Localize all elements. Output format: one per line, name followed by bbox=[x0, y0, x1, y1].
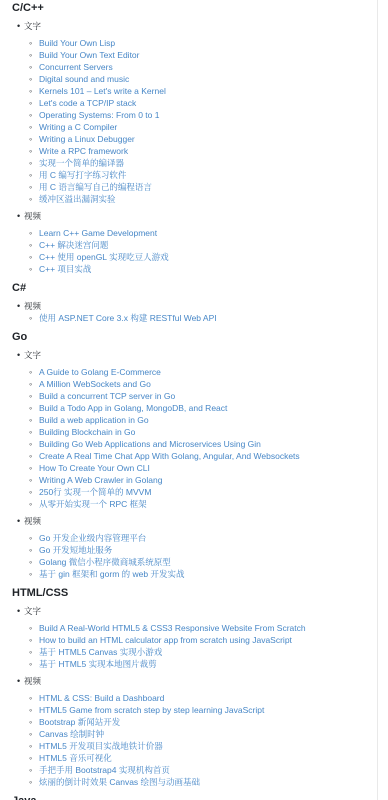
tutorial-link[interactable]: HTML & CSS: Build a Dashboard bbox=[39, 693, 164, 703]
list-item: 实现一个简单的编译器 bbox=[12, 157, 363, 169]
section-go: Go文字A Guide to Golang E-CommerceA Millio… bbox=[12, 331, 363, 580]
tutorial-link[interactable]: HTML5 开发项目实战地铁计价器 bbox=[39, 741, 163, 751]
tutorial-link[interactable]: Go 开发短地址服务 bbox=[39, 545, 112, 555]
tutorial-link[interactable]: A Million WebSockets and Go bbox=[39, 379, 151, 389]
tutorial-link[interactable]: Building Go Web Applications and Microse… bbox=[39, 439, 261, 449]
list-group: 视频Go 开发企业级内容管理平台Go 开发短地址服务Golang 微信小程序微商… bbox=[12, 515, 363, 580]
tutorial-link[interactable]: Kernels 101 – Let's write a Kernel bbox=[39, 86, 166, 96]
tutorial-link[interactable]: 用 C 语言编写自己的编程语言 bbox=[39, 182, 152, 192]
readme-content: C/C++文字Build Your Own LispBuild Your Own… bbox=[0, 0, 377, 800]
list-group-label: 文字 bbox=[12, 349, 363, 361]
list-item: Golang 微信小程序微商城系统原型 bbox=[12, 556, 363, 568]
tutorial-link[interactable]: Writing a Linux Debugger bbox=[39, 134, 135, 144]
list-item: Bootstrap 新闻站开发 bbox=[12, 716, 363, 728]
tutorial-link[interactable]: Writing A Web Crawler in Golang bbox=[39, 475, 162, 485]
tutorial-link[interactable]: Operating Systems: From 0 to 1 bbox=[39, 110, 159, 120]
list-item: 基于 gin 框架和 gorm 的 web 开发实战 bbox=[12, 568, 363, 580]
tutorial-link[interactable]: Go 开发企业级内容管理平台 bbox=[39, 533, 146, 543]
tutorial-list: A Guide to Golang E-CommerceA Million We… bbox=[12, 366, 363, 510]
tutorial-link[interactable]: 手把手用 Bootstrap4 实现机构首页 bbox=[39, 765, 170, 775]
list-item: HTML5 开发项目实战地铁计价器 bbox=[12, 740, 363, 752]
list-group: 视频使用 ASP.NET Core 3.x 构建 RESTful Web API bbox=[12, 300, 363, 324]
tutorial-link[interactable]: Build A Real-World HTML5 & CSS3 Responsi… bbox=[39, 623, 306, 633]
tutorial-list: Go 开发企业级内容管理平台Go 开发短地址服务Golang 微信小程序微商城系… bbox=[12, 532, 363, 580]
section-heading: C/C++ bbox=[12, 2, 363, 15]
tutorial-link[interactable]: C++ 项目实战 bbox=[39, 264, 91, 274]
tutorial-link[interactable]: Let's code a TCP/IP stack bbox=[39, 98, 136, 108]
list-item: Building Blockchain in Go bbox=[12, 426, 363, 438]
list-item: Build a web application in Go bbox=[12, 414, 363, 426]
tutorial-link[interactable]: Writing a C Compiler bbox=[39, 122, 117, 132]
list-item: Writing A Web Crawler in Golang bbox=[12, 474, 363, 486]
list-item: Learn C++ Game Development bbox=[12, 227, 363, 239]
list-group: 文字Build A Real-World HTML5 & CSS3 Respon… bbox=[12, 605, 363, 670]
list-item: 从零开始实现一个 RPC 框架 bbox=[12, 498, 363, 510]
content-right-border bbox=[377, 0, 378, 800]
list-item: HTML5 Game from scratch step by step lea… bbox=[12, 704, 363, 716]
tutorial-link[interactable]: C++ 使用 openGL 实现吃豆人游戏 bbox=[39, 252, 169, 262]
list-item: Kernels 101 – Let's write a Kernel bbox=[12, 85, 363, 97]
tutorial-link[interactable]: Learn C++ Game Development bbox=[39, 228, 157, 238]
list-item: A Million WebSockets and Go bbox=[12, 378, 363, 390]
tutorial-list: Learn C++ Game DevelopmentC++ 解决迷宫问题C++ … bbox=[12, 227, 363, 275]
section-c-: C#视频使用 ASP.NET Core 3.x 构建 RESTful Web A… bbox=[12, 282, 363, 324]
list-item: Let's code a TCP/IP stack bbox=[12, 97, 363, 109]
list-item: 基于 HTML5 实现本地图片裁剪 bbox=[12, 658, 363, 670]
tutorial-list: HTML & CSS: Build a DashboardHTML5 Game … bbox=[12, 692, 363, 788]
list-group-label: 视频 bbox=[12, 300, 363, 312]
list-group: 视频HTML & CSS: Build a DashboardHTML5 Gam… bbox=[12, 675, 363, 788]
section-c-c-: C/C++文字Build Your Own LispBuild Your Own… bbox=[12, 2, 363, 275]
list-item: Go 开发企业级内容管理平台 bbox=[12, 532, 363, 544]
tutorial-list: Build Your Own LispBuild Your Own Text E… bbox=[12, 37, 363, 205]
tutorial-link[interactable]: How to build an HTML calculator app from… bbox=[39, 635, 292, 645]
list-item: Writing a Linux Debugger bbox=[12, 133, 363, 145]
tutorial-link[interactable]: 实现一个简单的编译器 bbox=[39, 158, 124, 168]
list-item: Build a Todo App in Golang, MongoDB, and… bbox=[12, 402, 363, 414]
list-group-label: 视频 bbox=[12, 210, 363, 222]
list-item: C++ 解决迷宫问题 bbox=[12, 239, 363, 251]
section-heading: C# bbox=[12, 282, 363, 295]
list-item: Create A Real Time Chat App With Golang,… bbox=[12, 450, 363, 462]
tutorial-link[interactable]: Digital sound and music bbox=[39, 74, 129, 84]
tutorial-link[interactable]: Write a RPC framework bbox=[39, 146, 128, 156]
list-group-label: 视频 bbox=[12, 515, 363, 527]
tutorial-link[interactable]: HTML5 Game from scratch step by step lea… bbox=[39, 705, 264, 715]
list-item: 手把手用 Bootstrap4 实现机构首页 bbox=[12, 764, 363, 776]
list-item: Operating Systems: From 0 to 1 bbox=[12, 109, 363, 121]
list-item: How To Create Your Own CLI bbox=[12, 462, 363, 474]
tutorial-link[interactable]: 使用 ASP.NET Core 3.x 构建 RESTful Web API bbox=[39, 313, 217, 323]
tutorial-link[interactable]: Canvas 绘制时钟 bbox=[39, 729, 104, 739]
tutorial-link[interactable]: 炫丽的倒计时效果 Canvas 绘图与动画基础 bbox=[39, 777, 200, 787]
tutorial-link[interactable]: 基于 HTML5 实现本地图片裁剪 bbox=[39, 659, 157, 669]
list-group-label: 视频 bbox=[12, 675, 363, 687]
tutorial-link[interactable]: HTML5 音乐可视化 bbox=[39, 753, 112, 763]
tutorial-link[interactable]: How To Create Your Own CLI bbox=[39, 463, 150, 473]
tutorial-list: Build A Real-World HTML5 & CSS3 Responsi… bbox=[12, 622, 363, 670]
tutorial-link[interactable]: Build Your Own Lisp bbox=[39, 38, 115, 48]
tutorial-link[interactable]: Concurrent Servers bbox=[39, 62, 113, 72]
tutorial-link[interactable]: Golang 微信小程序微商城系统原型 bbox=[39, 557, 171, 567]
list-item: Build Your Own Text Editor bbox=[12, 49, 363, 61]
list-group: 视频Learn C++ Game DevelopmentC++ 解决迷宫问题C+… bbox=[12, 210, 363, 275]
list-item: Building Go Web Applications and Microse… bbox=[12, 438, 363, 450]
tutorial-link[interactable]: C++ 解决迷宫问题 bbox=[39, 240, 108, 250]
tutorial-link[interactable]: 用 C 编写打字练习软件 bbox=[39, 170, 126, 180]
tutorial-link[interactable]: Create A Real Time Chat App With Golang,… bbox=[39, 451, 300, 461]
section-html-css: HTML/CSS文字Build A Real-World HTML5 & CSS… bbox=[12, 587, 363, 788]
tutorial-link[interactable]: 缓冲区溢出漏洞实验 bbox=[39, 194, 116, 204]
list-item: 用 C 语言编写自己的编程语言 bbox=[12, 181, 363, 193]
section-heading: Go bbox=[12, 331, 363, 344]
list-group-label: 文字 bbox=[12, 605, 363, 617]
list-item: A Guide to Golang E-Commerce bbox=[12, 366, 363, 378]
list-item: Build a concurrent TCP server in Go bbox=[12, 390, 363, 402]
tutorial-link[interactable]: Build a concurrent TCP server in Go bbox=[39, 391, 175, 401]
list-item: Concurrent Servers bbox=[12, 61, 363, 73]
tutorial-link[interactable]: Build Your Own Text Editor bbox=[39, 50, 140, 60]
list-item: 用 C 编写打字练习软件 bbox=[12, 169, 363, 181]
list-group: 文字A Guide to Golang E-CommerceA Million … bbox=[12, 349, 363, 510]
tutorial-link[interactable]: Build a Todo App in Golang, MongoDB, and… bbox=[39, 403, 227, 413]
list-item: 基于 HTML5 Canvas 实现小游戏 bbox=[12, 646, 363, 658]
list-item: Go 开发短地址服务 bbox=[12, 544, 363, 556]
tutorial-link[interactable]: Building Blockchain in Go bbox=[39, 427, 135, 437]
list-item: Build A Real-World HTML5 & CSS3 Responsi… bbox=[12, 622, 363, 634]
list-item: How to build an HTML calculator app from… bbox=[12, 634, 363, 646]
list-item: Write a RPC framework bbox=[12, 145, 363, 157]
tutorial-list: 使用 ASP.NET Core 3.x 构建 RESTful Web API bbox=[12, 312, 363, 324]
tutorial-link[interactable]: 从零开始实现一个 RPC 框架 bbox=[39, 499, 147, 509]
section-heading: HTML/CSS bbox=[12, 587, 363, 600]
tutorial-link[interactable]: 基于 gin 框架和 gorm 的 web 开发实战 bbox=[39, 569, 184, 579]
tutorial-link[interactable]: 基于 HTML5 Canvas 实现小游戏 bbox=[39, 647, 162, 657]
list-group: 文字Build Your Own LispBuild Your Own Text… bbox=[12, 20, 363, 205]
tutorial-link[interactable]: Bootstrap 新闻站开发 bbox=[39, 717, 120, 727]
list-item: C++ 项目实战 bbox=[12, 263, 363, 275]
tutorial-link[interactable]: Build a web application in Go bbox=[39, 415, 149, 425]
list-item: Digital sound and music bbox=[12, 73, 363, 85]
section-heading-partial: Java bbox=[12, 795, 363, 800]
list-group-label: 文字 bbox=[12, 20, 363, 32]
list-item: Writing a C Compiler bbox=[12, 121, 363, 133]
list-item: C++ 使用 openGL 实现吃豆人游戏 bbox=[12, 251, 363, 263]
list-item: HTML5 音乐可视化 bbox=[12, 752, 363, 764]
list-item: 缓冲区溢出漏洞实验 bbox=[12, 193, 363, 205]
list-item: Canvas 绘制时钟 bbox=[12, 728, 363, 740]
list-item: 250行 实现一个简单的 MVVM bbox=[12, 486, 363, 498]
tutorial-link[interactable]: 250行 实现一个简单的 MVVM bbox=[39, 487, 151, 497]
tutorial-link[interactable]: A Guide to Golang E-Commerce bbox=[39, 367, 161, 377]
list-item: 使用 ASP.NET Core 3.x 构建 RESTful Web API bbox=[12, 312, 363, 324]
list-item: 炫丽的倒计时效果 Canvas 绘图与动画基础 bbox=[12, 776, 363, 788]
list-item: Build Your Own Lisp bbox=[12, 37, 363, 49]
list-item: HTML & CSS: Build a Dashboard bbox=[12, 692, 363, 704]
